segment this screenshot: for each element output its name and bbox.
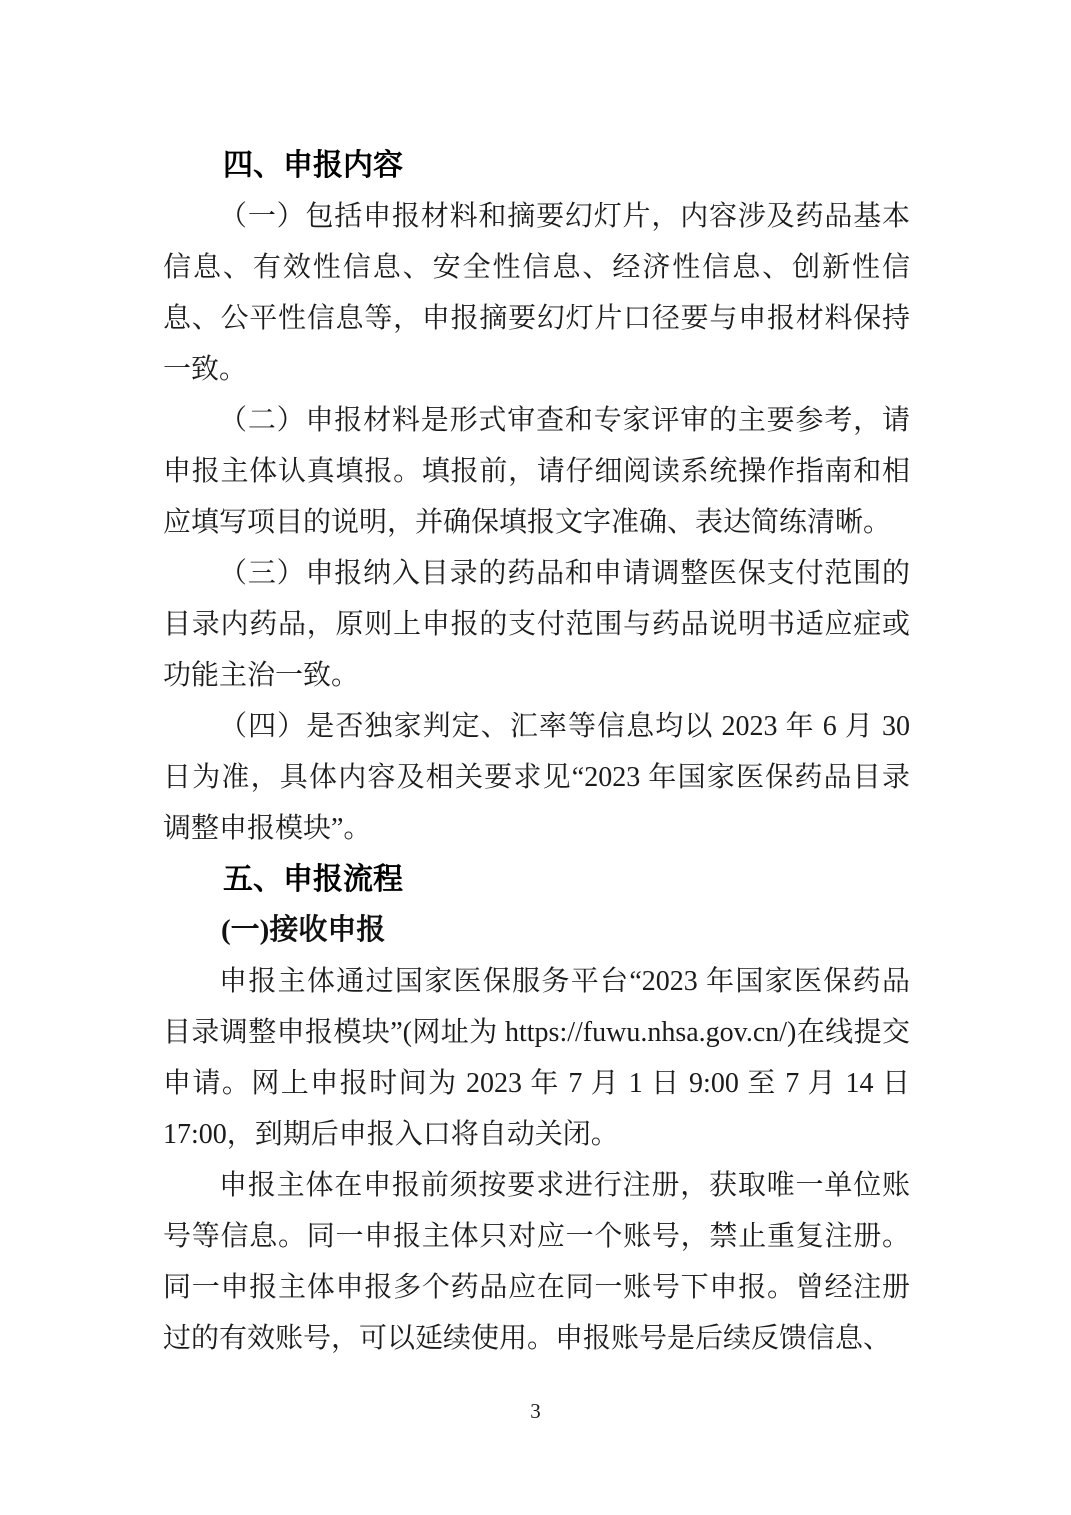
paragraph-declaration-content-2: （二）申报材料是形式审查和专家评审的主要参考，请申报主体认真填报。填报前，请仔细… [163, 395, 910, 548]
paragraph-declaration-content-1: （一）包括申报材料和摘要幻灯片，内容涉及药品基本信息、有效性信息、安全性信息、经… [163, 191, 910, 395]
page-number: 3 [0, 1399, 1071, 1424]
subsection-heading-receive-declaration: (一)接收申报 [163, 905, 910, 956]
paragraph-declaration-process-2: 申报主体在申报前须按要求进行注册，获取唯一单位账号等信息。同一申报主体只对应一个… [163, 1160, 910, 1364]
section-heading-declaration-content: 四、申报内容 [163, 140, 910, 191]
document-body: 四、申报内容 （一）包括申报材料和摘要幻灯片，内容涉及药品基本信息、有效性信息、… [163, 140, 910, 1364]
document-page: 四、申报内容 （一）包括申报材料和摘要幻灯片，内容涉及药品基本信息、有效性信息、… [0, 0, 1071, 1515]
paragraph-declaration-content-4: （四）是否独家判定、汇率等信息均以 2023 年 6 月 30 日为准，具体内容… [163, 701, 910, 854]
section-heading-declaration-process: 五、申报流程 [163, 854, 910, 905]
paragraph-declaration-process-1: 申报主体通过国家医保服务平台“2023 年国家医保药品目录调整申报模块”(网址为… [163, 956, 910, 1160]
paragraph-declaration-content-3: （三）申报纳入目录的药品和申请调整医保支付范围的目录内药品，原则上申报的支付范围… [163, 548, 910, 701]
